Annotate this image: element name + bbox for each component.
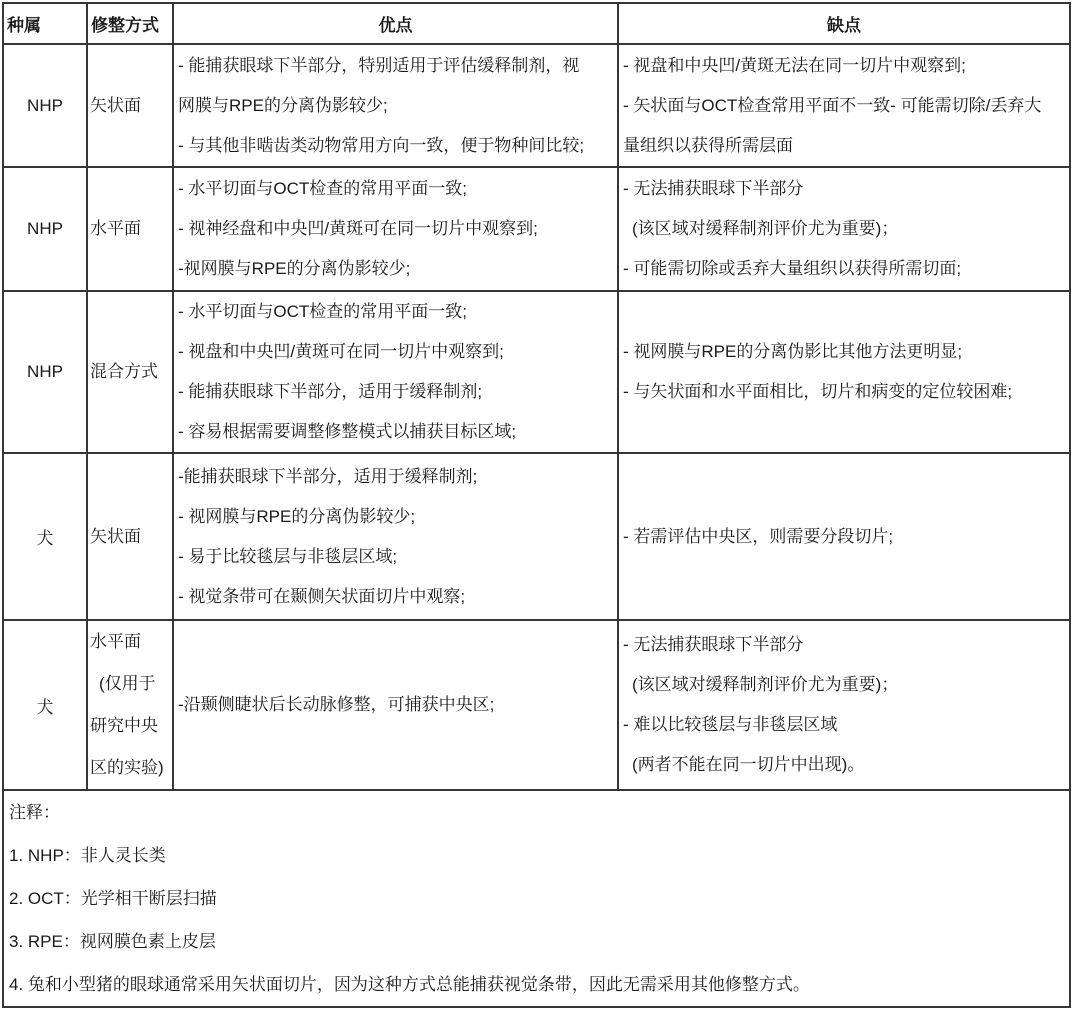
method-cell: 混合方式 <box>87 291 173 453</box>
text-line: - 难以比较毯层与非毯层区域 <box>623 705 1069 745</box>
text-line: -沿颞侧睫状后长动脉修整，可捕获中央区; <box>178 685 617 725</box>
text-line: 混合方式 <box>90 351 172 393</box>
text-line: - 能捕获眼球下半部分，适用于缓释制剂; <box>178 372 617 412</box>
notes-row: 注释：1. NHP：非人灵长类2. OCT：光学相干断层扫描3. RPE：视网膜… <box>3 790 1070 1007</box>
cons-cell: - 若需评估中央区，则需要分段切片; <box>618 453 1070 620</box>
table-row: NHP混合方式- 水平切面与OCT检查的常用平面一致;- 视盘和中央凹/黄斑可在… <box>3 291 1070 453</box>
text-line: - 容易根据需要调整修整模式以捕获目标区域; <box>178 412 617 452</box>
text-line: - 水平切面与OCT检查的常用平面一致; <box>178 292 617 332</box>
notes-cell: 注释：1. NHP：非人灵长类2. OCT：光学相干断层扫描3. RPE：视网膜… <box>3 790 1070 1007</box>
text-line: - 视盘和中央凹/黄斑可在同一切片中观察到; <box>178 332 617 372</box>
species-cell: NHP <box>3 291 87 453</box>
header-row: 种属 修整方式 优点 缺点 <box>3 3 1070 44</box>
pros-cell: - 水平切面与OCT检查的常用平面一致;- 视神经盘和中央凹/黄斑可在同一切片中… <box>173 167 618 291</box>
text-line: - 视网膜与RPE的分离伪影比其他方法更明显; <box>623 332 1069 372</box>
cons-cell: - 视网膜与RPE的分离伪影比其他方法更明显;- 与矢状面和水平面相比，切片和病… <box>618 291 1070 453</box>
cons-cell: - 视盘和中央凹/黄斑无法在同一切片中观察到;- 矢状面与OCT检查常用平面不一… <box>618 44 1070 167</box>
species-cell: 犬 <box>3 453 87 620</box>
document: 种属 修整方式 优点 缺点 NHP矢状面- 能捕获眼球下半部分，特别适用于评估缓… <box>2 2 1071 1008</box>
header-method: 修整方式 <box>87 3 173 44</box>
text-line: - 视网膜与RPE的分离伪影较少; <box>178 497 617 537</box>
text-line: - 视觉条带可在颞侧矢状面切片中观察; <box>178 577 617 617</box>
text-line: - 与其他非啮齿类动物常用方向一致，便于物种间比较; <box>178 126 617 166</box>
method-cell: 矢状面 <box>87 44 173 167</box>
text-line: (该区域对缓释制剂评价尤为重要)； <box>623 209 1069 249</box>
pros-cell: -沿颞侧睫状后长动脉修整，可捕获中央区; <box>173 620 618 790</box>
table-row: NHP矢状面- 能捕获眼球下半部分，特别适用于评估缓释制剂，视网膜与RPE的分离… <box>3 44 1070 167</box>
text-line: (该区域对缓释制剂评价尤为重要)； <box>623 665 1069 705</box>
species-cell: NHP <box>3 167 87 291</box>
table-row: 犬水平面(仅用于研究中央区的实验)-沿颞侧睫状后长动脉修整，可捕获中央区;- 无… <box>3 620 1070 790</box>
table-body: NHP矢状面- 能捕获眼球下半部分，特别适用于评估缓释制剂，视网膜与RPE的分离… <box>3 44 1070 790</box>
species-cell: NHP <box>3 44 87 167</box>
text-line: 区的实验) <box>90 747 172 789</box>
method-cell: 水平面(仅用于研究中央区的实验) <box>87 620 173 790</box>
text-line: - 无法捕获眼球下半部分 <box>623 169 1069 209</box>
table-footer: 注释：1. NHP：非人灵长类2. OCT：光学相干断层扫描3. RPE：视网膜… <box>3 790 1070 1007</box>
text-line: -视网膜与RPE的分离伪影较少; <box>178 249 617 289</box>
table-header: 种属 修整方式 优点 缺点 <box>3 3 1070 44</box>
trimming-methods-table: 种属 修整方式 优点 缺点 NHP矢状面- 能捕获眼球下半部分，特别适用于评估缓… <box>2 2 1071 1008</box>
note-line: 4. 兔和小型猪的眼球通常采用矢状面切片，因为这种方式总能捕获视觉条带，因此无需… <box>9 963 1069 1006</box>
table-row: 犬矢状面-能捕获眼球下半部分，适用于缓释制剂;- 视网膜与RPE的分离伪影较少;… <box>3 453 1070 620</box>
cons-cell: - 无法捕获眼球下半部分(该区域对缓释制剂评价尤为重要)；- 可能需切除或丢弃大… <box>618 167 1070 291</box>
header-pros: 优点 <box>173 3 618 44</box>
text-line: - 水平切面与OCT检查的常用平面一致; <box>178 169 617 209</box>
cons-cell: - 无法捕获眼球下半部分(该区域对缓释制剂评价尤为重要)；- 难以比较毯层与非毯… <box>618 620 1070 790</box>
text-line: 矢状面 <box>90 516 172 558</box>
text-line: 水平面 <box>90 621 172 663</box>
text-line: 网膜与RPE的分离伪影较少; <box>178 86 617 126</box>
note-line: 3. RPE：视网膜色素上皮层 <box>9 920 1069 963</box>
pros-cell: - 能捕获眼球下半部分，特别适用于评估缓释制剂，视网膜与RPE的分离伪影较少;-… <box>173 44 618 167</box>
text-line: - 能捕获眼球下半部分，特别适用于评估缓释制剂，视 <box>178 46 617 86</box>
method-cell: 矢状面 <box>87 453 173 620</box>
text-line: - 易于比较毯层与非毯层区域; <box>178 537 617 577</box>
text-line: (仅用于 <box>90 663 172 705</box>
text-line: - 无法捕获眼球下半部分 <box>623 625 1069 665</box>
text-line: - 视盘和中央凹/黄斑无法在同一切片中观察到; <box>623 46 1069 86</box>
text-line: 研究中央 <box>90 705 172 747</box>
text-line: (两者不能在同一切片中出现)。 <box>623 745 1069 785</box>
text-line: 水平面 <box>90 208 172 250</box>
text-line: 矢状面 <box>90 85 172 127</box>
pros-cell: - 水平切面与OCT检查的常用平面一致;- 视盘和中央凹/黄斑可在同一切片中观察… <box>173 291 618 453</box>
text-line: - 矢状面与OCT检查常用平面不一致- 可能需切除/丢弃大 <box>623 86 1069 126</box>
text-line: 量组织以获得所需层面 <box>623 126 1069 166</box>
text-line: - 可能需切除或丢弃大量组织以获得所需切面; <box>623 249 1069 289</box>
note-line: 2. OCT：光学相干断层扫描 <box>9 877 1069 920</box>
text-line: - 与矢状面和水平面相比，切片和病变的定位较困难; <box>623 372 1069 412</box>
text-line: - 若需评估中央区，则需要分段切片; <box>623 517 1069 557</box>
header-species: 种属 <box>3 3 87 44</box>
text-line: -能捕获眼球下半部分，适用于缓释制剂; <box>178 457 617 497</box>
text-line: - 视神经盘和中央凹/黄斑可在同一切片中观察到; <box>178 209 617 249</box>
table-row: NHP水平面- 水平切面与OCT检查的常用平面一致;- 视神经盘和中央凹/黄斑可… <box>3 167 1070 291</box>
method-cell: 水平面 <box>87 167 173 291</box>
note-line: 1. NHP：非人灵长类 <box>9 834 1069 877</box>
species-cell: 犬 <box>3 620 87 790</box>
header-cons: 缺点 <box>618 3 1070 44</box>
note-line: 注释： <box>9 791 1069 834</box>
pros-cell: -能捕获眼球下半部分，适用于缓释制剂;- 视网膜与RPE的分离伪影较少;- 易于… <box>173 453 618 620</box>
